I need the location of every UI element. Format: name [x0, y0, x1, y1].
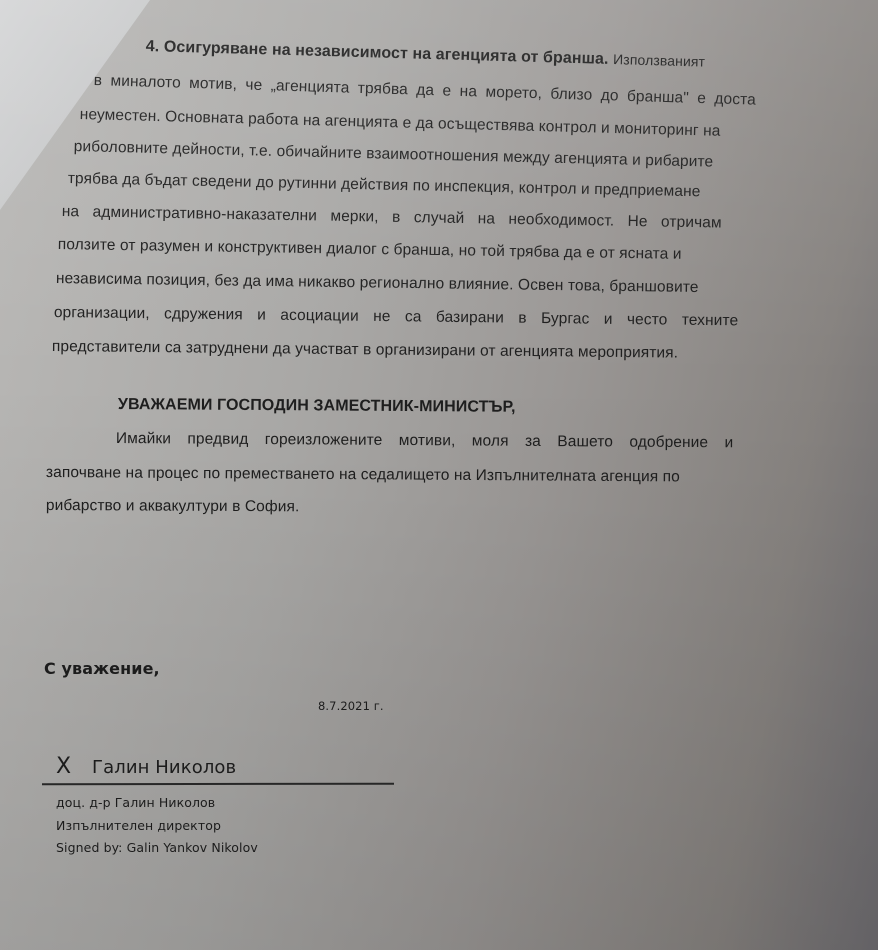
closing-line: С уважение,: [44, 659, 160, 678]
signed-by: Signed by: Galin Yankov Nikolov: [56, 840, 258, 855]
section-text-line-4: трябва да бъдат сведени до рутинни дейст…: [68, 170, 701, 201]
section-text-line-1: в миналото мотив, че „агенцията трябва д…: [93, 72, 756, 110]
section-heading: 4. Осигуряване на независимост на агенци…: [145, 38, 705, 72]
signature-date: 8.7.2021 г.: [318, 699, 384, 713]
signature-x-mark: X: [56, 754, 71, 779]
address-line: УВАЖАЕМИ ГОСПОДИН ЗАМЕСТНИК-МИНИСТЪР,: [118, 396, 516, 417]
section-title: Осигуряване на независимост на агенцията…: [164, 39, 609, 68]
section-text-line-3: риболовните дейности, т.е. обичайните вз…: [74, 138, 714, 172]
section-text-line-7: независима позиция, без да има никакво р…: [56, 270, 699, 297]
request-line-2: рибарство и аквакултури в София.: [46, 497, 300, 516]
section-text-line-0: Използваният: [613, 51, 705, 70]
request-line-1: започване на процес по преместването на …: [46, 464, 680, 486]
section-text-line-9: представители са затруднени да участват …: [52, 338, 678, 363]
signature-line: [42, 783, 394, 786]
section-text-line-8: организации, сдружения и асоциации не са…: [54, 304, 739, 330]
section-text-line-5: на административно-наказателни мерки, в …: [62, 203, 722, 233]
document-page: 4. Осигуряване на независимост на агенци…: [0, 0, 878, 950]
signature-name: Галин Николов: [92, 757, 236, 778]
section-number: 4.: [146, 38, 160, 55]
signer-full-title: доц. д-р Галин Николов: [56, 795, 215, 810]
request-line-0: Имайки предвид гореизложените мотиви, мо…: [116, 430, 734, 452]
section-text-line-6: ползите от разумен и конструктивен диало…: [58, 236, 682, 264]
signer-position: Изпълнителен директор: [56, 818, 221, 833]
section-text-line-2: неуместен. Основната работа на агенцията…: [80, 106, 721, 141]
